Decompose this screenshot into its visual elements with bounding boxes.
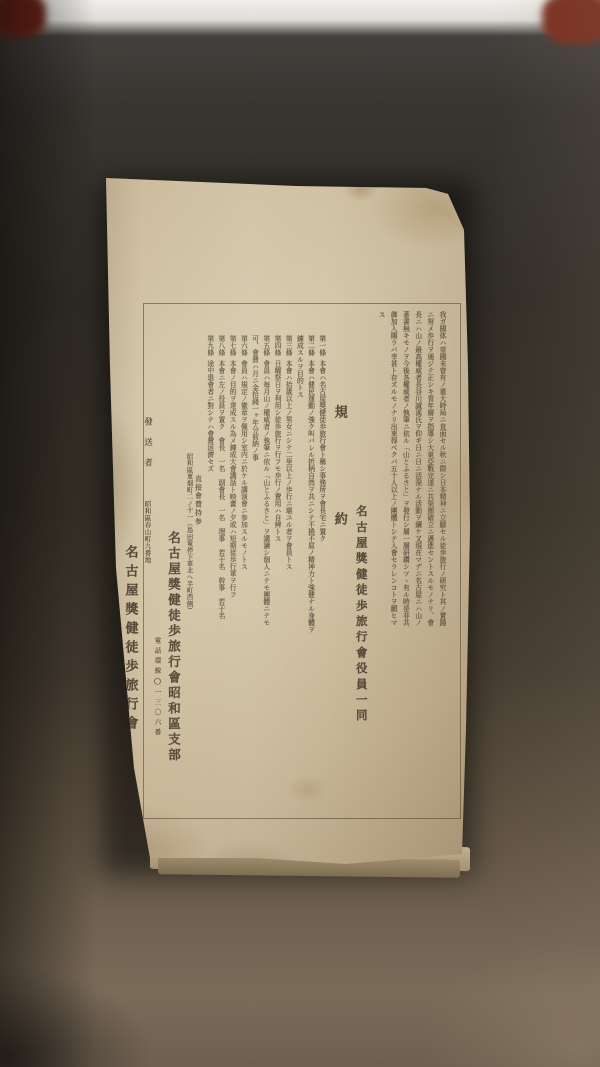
- fee-note: 直接會費持参: [194, 309, 204, 811]
- article-6: 第六條會員ハ規定ノ徽章ヲ佩用シ室内ニ於ケル講演會ニ参加スルモノトス: [237, 309, 248, 635]
- article-text: 途中退會者ニ對シテハ會費返濟セズ: [206, 360, 214, 472]
- article-label: 第四條: [273, 335, 281, 356]
- article-7: 第七條本會ノ目的ヲ達成スル為メ錬成大會講話ト映畫ノ夕或ハ短期徒歩行軍ヲ行フ: [226, 309, 237, 635]
- regulations-heading: 規約: [330, 309, 349, 811]
- sender-block: 發送者昭和區春山町九番地: [142, 309, 154, 811]
- preamble-text: 我ガ國体ハ帝國未曾有ノ重大時局ニ直面セル秋ニ際シ日本精神ニ立脚セル徒歩旅行ノ研究…: [375, 309, 448, 627]
- article-label: 第三條: [284, 335, 292, 356]
- article-text: 會員ハ毎月山ノ權威者ノ執筆ニ依ル「山とふるさと」ヲ講讀シ個人ニテモ團體ニテモ可、…: [251, 335, 270, 626]
- branch-phone: 電話環線◯一三〇六番: [154, 309, 163, 811]
- article-4: 第四條日曜祭日ヲ利用シ徒歩旅行ヲ行フモ歩行ノ費用ハ自辨トス: [271, 309, 282, 635]
- signature-text: 名古屋獎健徒歩旅行會役員一同: [354, 309, 370, 811]
- article-text: 會員ハ規定ノ徽章ヲ佩用シ室内ニ於ケル講演會ニ参加スルモノトス: [239, 360, 247, 570]
- article-label: 第二條: [307, 335, 315, 356]
- article-2: 第二條本會ハ健民運動ノ強ク叫バレル折柄自然ヲ共ニシテ不撓不屈ノ精神力ト強健ナル身…: [293, 309, 315, 635]
- photo-background: 我ガ國体ハ帝國未曾有ノ重大時局ニ直面セル秋ニ際シ日本精神ニ立脚セル徒歩旅行ノ研究…: [0, 0, 600, 1067]
- branch-address: 昭和區東畑町二ノ十一（島田電停下車北ヘ半町西側）: [185, 309, 194, 811]
- article-5: 第五條會員ハ毎月山ノ權威者ノ執筆ニ依ル「山とふるさと」ヲ講讀シ個人ニテモ團體ニテ…: [248, 309, 270, 635]
- article-text: 本會ハ名古屋獎健徒歩旅行會ト稱シ事務所ヲ會長宅ニ置ク: [318, 360, 326, 542]
- red-corner-right: [542, 0, 600, 44]
- document-page: 我ガ國体ハ帝國未曾有ノ重大時局ニ直面セル秋ニ際シ日本精神ニ立脚セル徒歩旅行ノ研究…: [96, 168, 480, 874]
- overexposed-top-band: [0, 0, 600, 36]
- article-text: 本會ニ左ノ役員ヲ置ク 會長 一名 副會長 一名 理事 若干名 幹事 若干名: [217, 360, 225, 619]
- page-content: 我ガ國体ハ帝國未曾有ノ重大時局ニ直面セル秋ニ際シ日本精神ニ立脚セル徒歩旅行ノ研究…: [124, 305, 456, 815]
- article-text: 本會ノ目的ヲ達成スル為メ錬成大會講話ト映畫ノ夕或ハ短期徒歩行軍ヲ行フ: [228, 360, 236, 598]
- article-label: 第八條: [217, 335, 225, 356]
- article-3: 第三條本會ハ拾歳以上ノ男女ニシテ二里以上ノ歩行ニ堪ユル者ヲ會員トス: [282, 309, 293, 635]
- article-label: 第一條: [318, 335, 326, 356]
- article-label: 第七條: [228, 335, 236, 356]
- article-1: 第一條本會ハ名古屋獎健徒歩旅行會ト稱シ事務所ヲ會長宅ニ置ク: [316, 309, 327, 635]
- article-8: 第八條本會ニ左ノ役員ヲ置ク 會長 一名 副會長 一名 理事 若干名 幹事 若干名: [215, 309, 226, 635]
- branch-name: 名古屋獎健徒歩旅行會昭和區支部: [165, 309, 183, 811]
- article-label: 第九條: [206, 335, 214, 356]
- article-text: 本會ハ拾歳以上ノ男女ニシテ二里以上ノ歩行ニ堪ユル者ヲ會員トス: [284, 360, 292, 570]
- article-label: 第五條: [262, 335, 270, 356]
- article-label: 第六條: [239, 335, 247, 356]
- sender-label: 發送者: [143, 417, 153, 479]
- hq-address: 昭和區春山町九番地: [144, 501, 152, 564]
- spacer: [147, 479, 148, 501]
- article-9: 第九條途中退會者ニ對シテハ會費返濟セズ: [204, 309, 215, 635]
- article-text: 日曜祭日ヲ利用シ徒歩旅行ヲ行フモ歩行ノ費用ハ自辨トス: [273, 360, 281, 542]
- article-text: 本會ハ健民運動ノ強ク叫バレル折柄自然ヲ共ニシテ不撓不屈ノ精神力ト強健ナル身體ヲ錬…: [295, 335, 314, 633]
- red-corner-left: [0, 0, 46, 38]
